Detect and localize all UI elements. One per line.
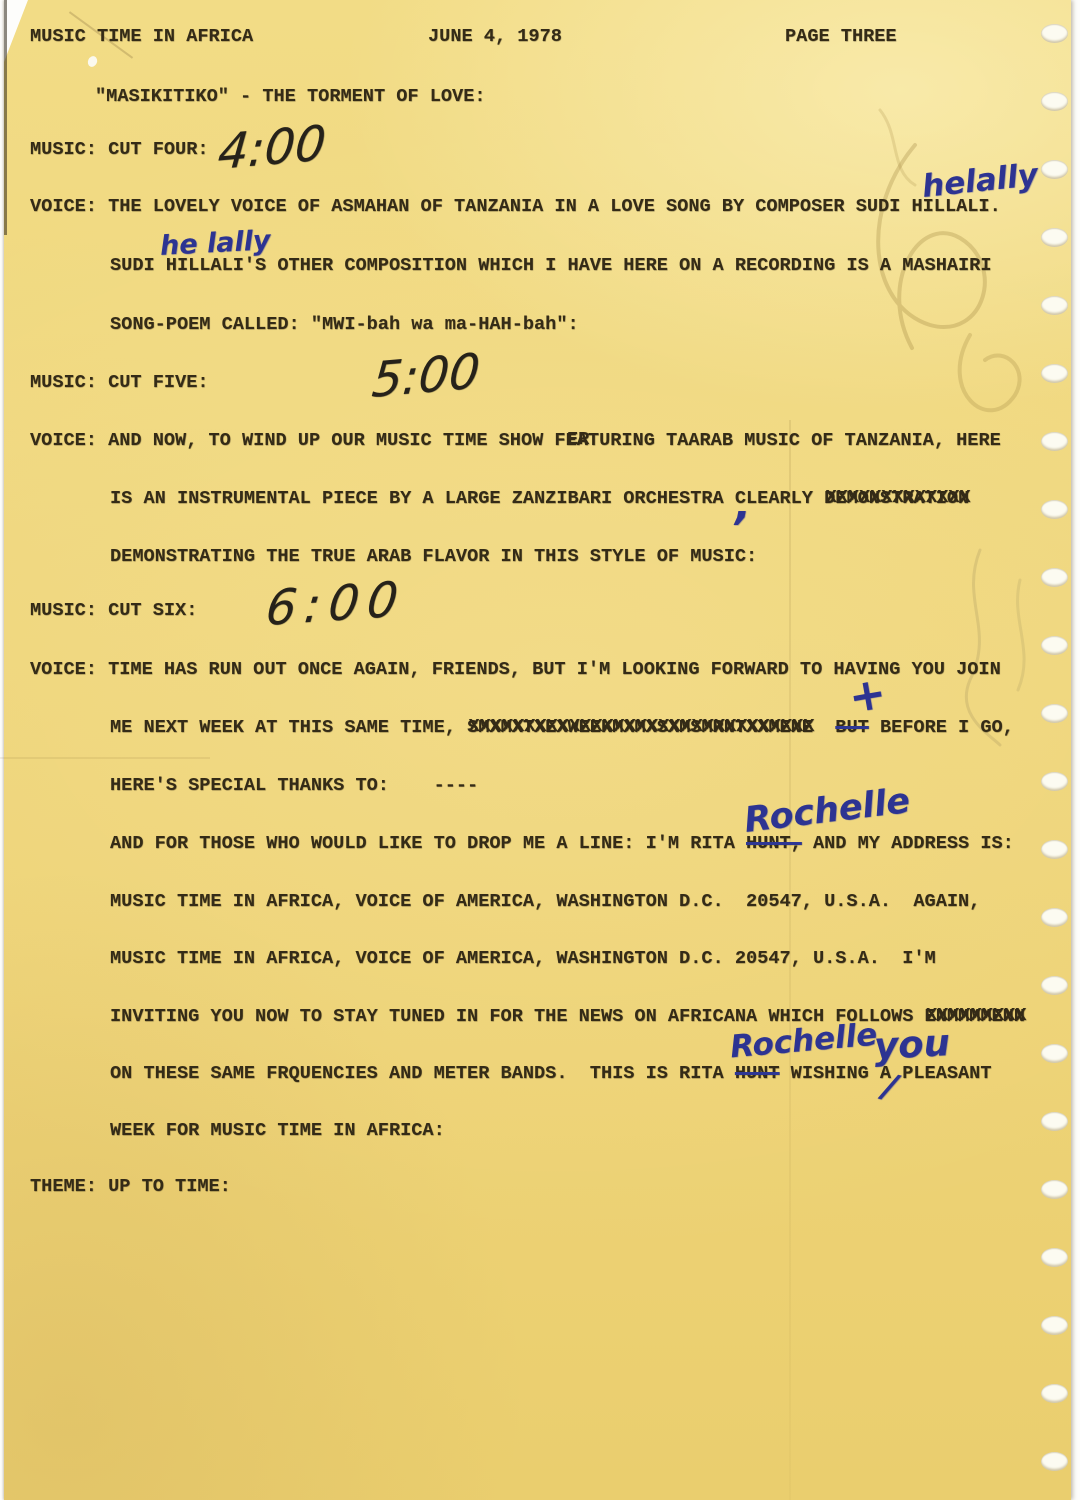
punch-hole <box>1041 1180 1068 1199</box>
punch-hole <box>1041 160 1068 179</box>
punch-hole <box>1041 432 1068 451</box>
typed-text: MUSIC TIME IN AFRICA, VOICE OF AMERICA, … <box>110 948 936 969</box>
handwritten-annotation: 5:00 <box>370 347 482 405</box>
typed-line: SUDI HILLALI'S OTHER COMPOSITION WHICH I… <box>110 257 992 276</box>
typed-text: ME NEXT WEEK AT THIS SAME TIME, <box>110 717 467 738</box>
header-title: MUSIC TIME IN AFRICA <box>30 28 253 47</box>
punch-hole <box>1041 976 1068 995</box>
typed-text: MUSIC TIME IN AFRICA, VOICE OF AMERICA, … <box>110 891 980 912</box>
punch-hole <box>1041 1044 1068 1063</box>
typed-line: HERE'S SPECIAL THANKS TO: ---- <box>110 777 478 796</box>
typed-line: SONG-POEM CALLED: "MWI-bah wa ma-HAH-bah… <box>110 316 579 335</box>
typed-text: ON THESE SAME FRQUENCIES AND METER BANDS… <box>110 1063 735 1084</box>
punch-hole <box>1041 24 1068 43</box>
handwritten-annotation: 6:00 <box>264 575 409 633</box>
typed-text <box>813 717 835 738</box>
punch-hole <box>1041 1316 1068 1335</box>
horizontal-crease <box>0 757 210 759</box>
punch-hole <box>1041 568 1068 587</box>
typed-text: AND MY ADDRESS IS: <box>802 833 1014 854</box>
typed-text: SONG-POEM CALLED: "MWI-bah wa ma-HAH-bah… <box>110 314 579 335</box>
punch-hole <box>1041 1112 1068 1131</box>
typed-line: MUSIC: CUT FIVE: <box>30 374 209 393</box>
typed-line: WEEK FOR MUSIC TIME IN AFRICA: <box>110 1122 445 1141</box>
punch-hole <box>1041 500 1068 519</box>
handwritten-annotation: 4:00 <box>216 119 328 177</box>
overstruck-text: EA <box>566 432 588 451</box>
paper-sheet <box>4 0 1071 1500</box>
punch-hole <box>1041 772 1068 791</box>
typed-line: THEME: UP TO TIME: <box>30 1178 231 1197</box>
typed-text: HERE'S SPECIAL THANKS TO: ---- <box>110 775 478 796</box>
handwritten-annotation: + <box>845 671 889 721</box>
punch-hole <box>1041 636 1068 655</box>
typed-text: VOICE: AND NOW, TO WIND UP OUR MUSIC TIM… <box>30 430 566 451</box>
typed-text: MUSIC: CUT SIX: <box>30 600 197 621</box>
typed-text: "MASIKITIKO" - THE TORMENT OF LOVE: <box>95 86 486 107</box>
typed-line: "MASIKITIKO" - THE TORMENT OF LOVE: <box>95 88 486 107</box>
typed-line: ON THESE SAME FRQUENCIES AND METER BANDS… <box>110 1065 992 1084</box>
typed-line: IS AN INSTRUMENTAL PIECE BY A LARGE ZANZ… <box>110 490 969 509</box>
typed-line: DEMONSTRATING THE TRUE ARAB FLAVOR IN TH… <box>110 548 757 567</box>
typed-text: TURING TAARAB MUSIC OF TANZANIA, HERE <box>588 430 1001 451</box>
typed-text: MUSIC: CUT FIVE: <box>30 372 209 393</box>
punch-hole <box>1041 92 1068 111</box>
header-date: JUNE 4, 1978 <box>428 28 562 47</box>
typed-text: SUDI HILLALI'S OTHER COMPOSITION WHICH I… <box>110 255 992 276</box>
handwritten-annotation: he lally <box>159 227 271 260</box>
typed-line: ME NEXT WEEK AT THIS SAME TIME, SMXMXTXE… <box>110 719 1014 738</box>
typed-line: MUSIC: CUT SIX: <box>30 602 197 621</box>
typed-text: IS AN INSTRUMENTAL PIECE BY A LARGE ZANZ… <box>110 488 824 509</box>
typed-line: MUSIC: CUT FOUR: <box>30 141 209 160</box>
overstruck-text: SMXMXTXEXWEEKMXMXSXMSMRNTXXMENE <box>467 719 813 738</box>
typed-text: DEMONSTRATING THE TRUE ARAB FLAVOR IN TH… <box>110 546 757 567</box>
punch-hole <box>1041 1248 1068 1267</box>
typed-line: MUSIC TIME IN AFRICA, VOICE OF AMERICA, … <box>110 893 980 912</box>
header-page-number: PAGE THREE <box>785 28 897 47</box>
handwritten-annotation: you <box>873 1024 951 1065</box>
typed-line: AND FOR THOSE WHO WOULD LIKE TO DROP ME … <box>110 835 1014 854</box>
paper-edge-shadow <box>4 0 7 235</box>
typed-text: VOICE: THE LOVELY VOICE OF ASMAHAN OF TA… <box>30 196 1001 217</box>
punch-hole <box>1041 704 1068 723</box>
typed-text: AND FOR THOSE WHO WOULD LIKE TO DROP ME … <box>110 833 746 854</box>
typed-line: VOICE: THE LOVELY VOICE OF ASMAHAN OF TA… <box>30 198 1001 217</box>
typed-text: WEEK FOR MUSIC TIME IN AFRICA: <box>110 1120 445 1141</box>
punch-hole <box>1041 840 1068 859</box>
overstruck-text: DEMONSTRATION <box>824 490 969 509</box>
typed-text: MUSIC: CUT FOUR: <box>30 139 209 160</box>
typed-text: THEME: UP TO TIME: <box>30 1176 231 1197</box>
punch-hole <box>1041 908 1068 927</box>
typed-text: BEFORE I GO, <box>869 717 1014 738</box>
typed-line: VOICE: AND NOW, TO WIND UP OUR MUSIC TIM… <box>30 432 1001 451</box>
ink-struck-text: HUNT <box>735 1063 780 1084</box>
punch-hole <box>1041 1384 1068 1403</box>
punch-hole <box>1041 296 1068 315</box>
typed-line: MUSIC TIME IN AFRICA, VOICE OF AMERICA, … <box>110 950 936 969</box>
punch-hole <box>1041 228 1068 247</box>
punch-hole <box>1041 364 1068 383</box>
handwritten-annotation: , <box>735 484 751 526</box>
scanned-document: MUSIC TIME IN AFRICA JUNE 4, 1978 PAGE T… <box>0 0 1080 1500</box>
punch-hole <box>1041 1452 1068 1471</box>
